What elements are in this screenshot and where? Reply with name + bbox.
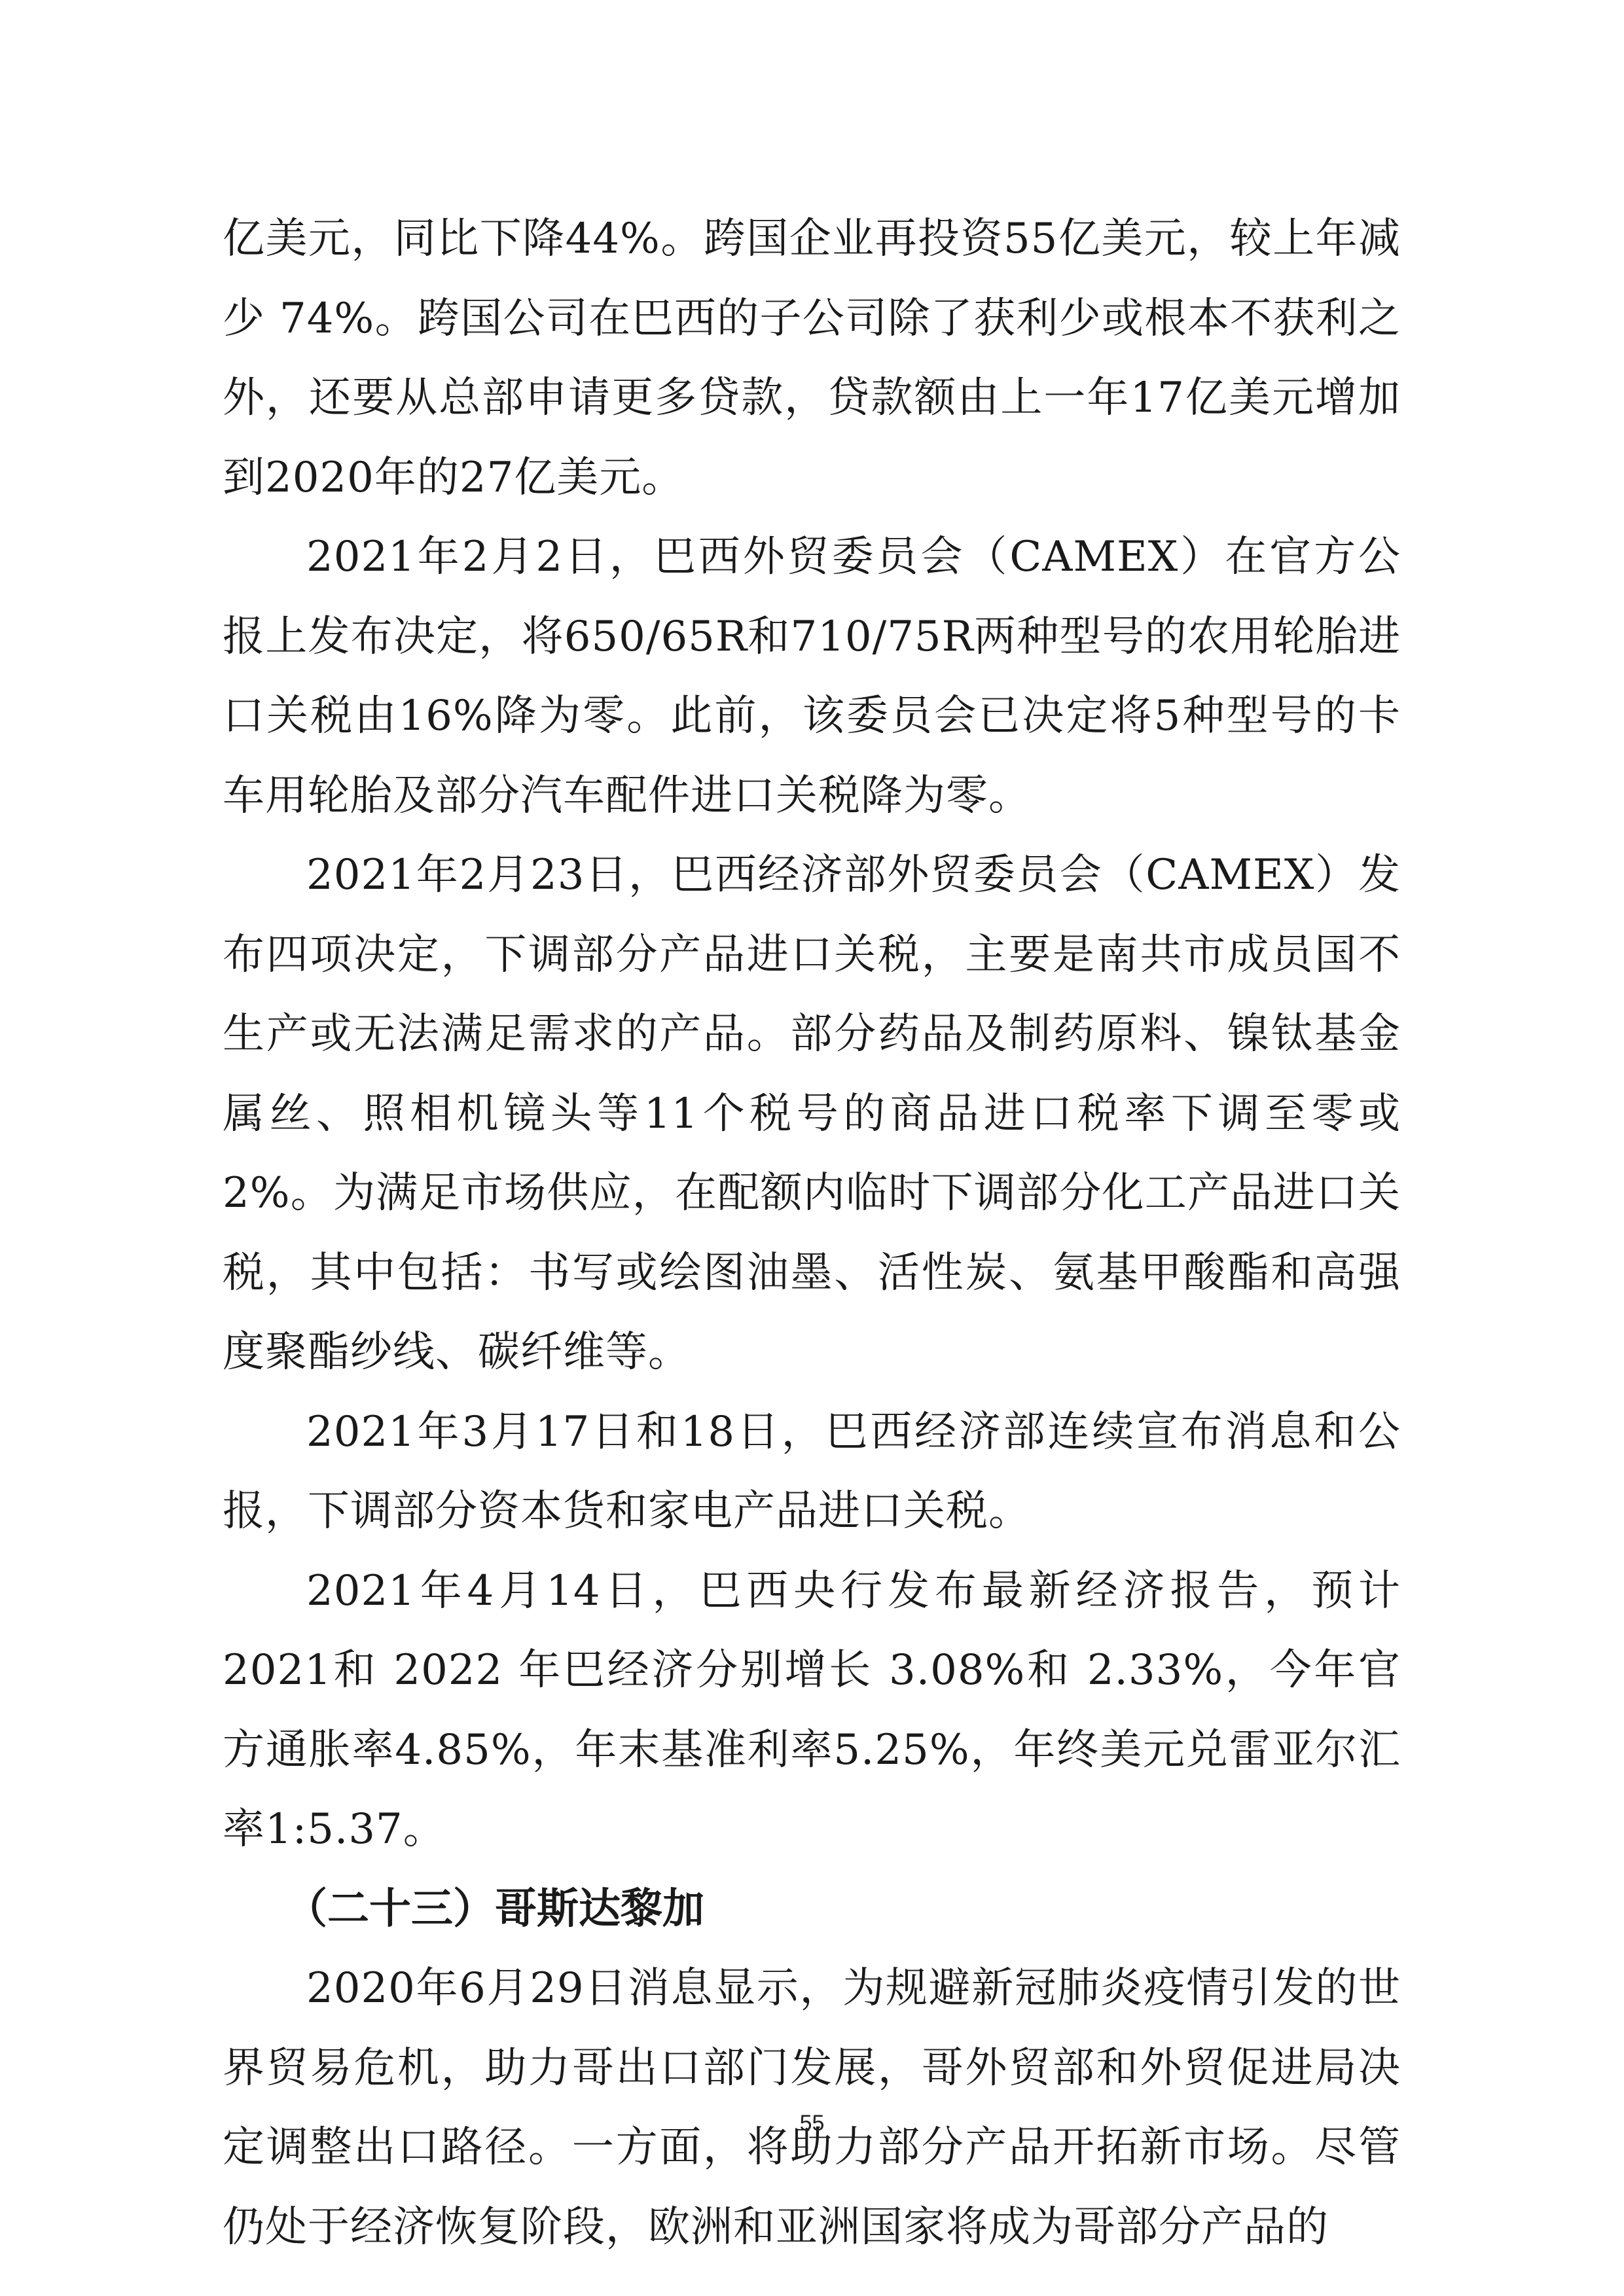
section-heading-costa-rica: （二十三）哥斯达黎加 bbox=[223, 1870, 1401, 1950]
paragraph-continuation: 亿美元，同比下降44%。跨国企业再投资55亿美元，较上年减少 74%。跨国公司在… bbox=[223, 200, 1401, 518]
paragraph-camex-four-decisions: 2021年2月23日，巴西经济部外贸委员会（CAMEX）发布四项决定，下调部分产… bbox=[223, 836, 1401, 1393]
paragraph-central-bank-report: 2021年4月14日，巴西央行发布最新经济报告，预计2021和 2022 年巴经… bbox=[223, 1552, 1401, 1870]
page-number: 55 bbox=[0, 2111, 1624, 2136]
paragraph-camex-tire-tariff: 2021年2月2日，巴西外贸委员会（CAMEX）在官方公报上发布决定，将650/… bbox=[223, 518, 1401, 836]
document-page: 亿美元，同比下降44%。跨国企业再投资55亿美元，较上年减少 74%。跨国公司在… bbox=[223, 200, 1401, 2267]
paragraph-costa-rica-export: 2020年6月29日消息显示，为规避新冠肺炎疫情引发的世界贸易危机，助力哥出口部… bbox=[223, 1949, 1401, 2267]
paragraph-capital-goods-tariff: 2021年3月17日和18日，巴西经济部连续宣布消息和公报，下调部分资本货和家电… bbox=[223, 1393, 1401, 1552]
